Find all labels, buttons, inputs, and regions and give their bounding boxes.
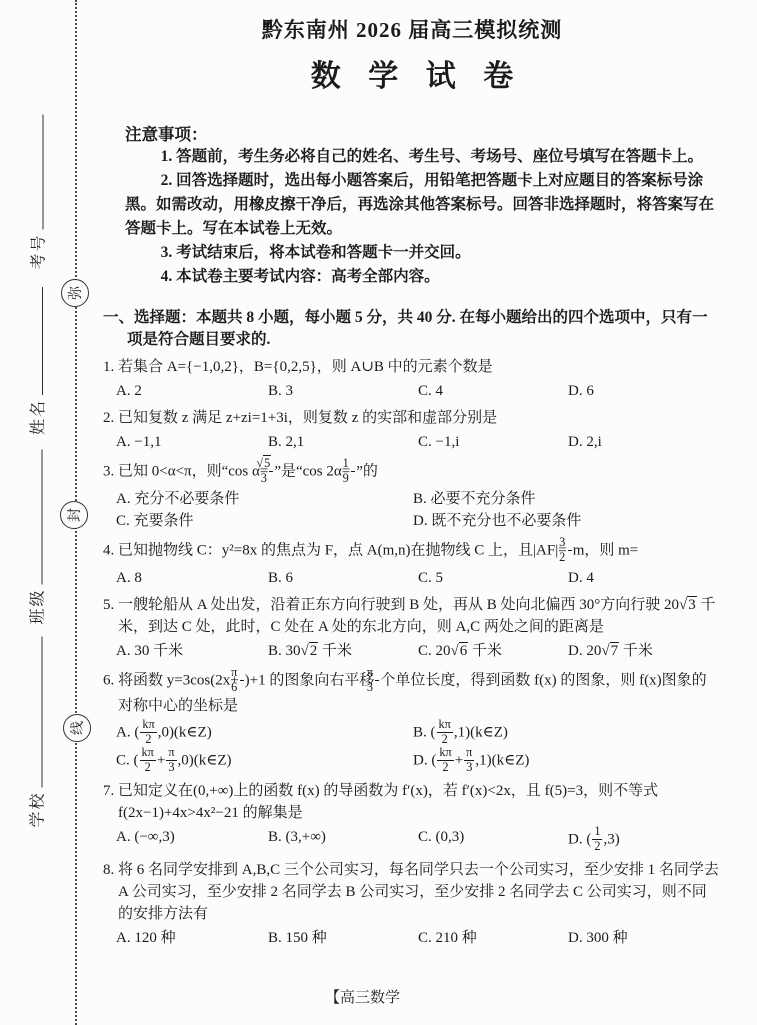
option-b: B. 6 <box>268 567 418 589</box>
option-b: B. 2,1 <box>268 431 418 453</box>
seal-char-xian: 线 <box>63 714 91 742</box>
option-a: A. −1,1 <box>116 431 268 453</box>
question-7-options: A. (−∞,3) B. (3,+∞) C. (0,3) D. (12,3) <box>103 826 721 854</box>
question-1-options: A. 2 B. 3 C. 4 D. 6 <box>103 380 721 402</box>
seal-char-mi: 弥 <box>61 279 89 307</box>
option-c: C. 210 种 <box>418 927 568 949</box>
option-c: C. −1,i <box>418 431 568 453</box>
question-7-stem: 7. 已知定义在(0,+∞)上的函数 f(x) 的导函数为 f′(x)，若 f′… <box>103 780 721 824</box>
page-footer: 【高三数学 <box>325 986 400 1007</box>
option-c: C. (kπ2+π3,0)(k∈Z) <box>116 747 413 775</box>
exam-paper-page: { "page": { "title_line1": "黔东南州 2026 届高… <box>0 0 757 1025</box>
option-d: D. 6 <box>568 380 721 402</box>
option-b: B. 3 <box>268 380 418 402</box>
question-7: 7. 已知定义在(0,+∞)上的函数 f(x) 的导函数为 f′(x)，若 f′… <box>103 780 721 854</box>
question-5-options: A. 30 千米 B. 30√2 千米 C. 20√6 千米 D. 20√7 千… <box>103 640 721 662</box>
option-b: B. (kπ2,1)(k∈Z) <box>413 719 721 747</box>
question-8: 8. 将 6 名同学安排到 A,B,C 三个公司实习，每名同学只去一个公司实习，… <box>103 859 721 949</box>
sidebar-field-school: 学校 <box>22 637 50 828</box>
class-label: 班级 <box>24 588 47 624</box>
option-b: B. (3,+∞) <box>268 826 418 854</box>
section-heading: 一、选择题：本题共 8 小题，每小题 5 分，共 40 分. 在每小题给出的四个… <box>103 307 721 351</box>
exam-title: 黔东南州 2026 届高三模拟统测 <box>103 14 721 44</box>
subject-title: 数 学 试 卷 <box>103 51 721 95</box>
question-6-stem: 6. 将函数 y=3cos(2x+π6)+1 的图象向右平移π3个单位长度，得到… <box>103 667 721 717</box>
option-a: A. 2 <box>116 380 268 402</box>
question-2-options: A. −1,1 B. 2,1 C. −1,i D. 2,i <box>103 431 721 453</box>
question-6: 6. 将函数 y=3cos(2x+π6)+1 的图象向右平移π3个单位长度，得到… <box>103 667 721 775</box>
question-1: 1. 若集合 A={−1,0,2}，B={0,2,5}，则 A∪B 中的元素个数… <box>103 356 721 402</box>
option-d: D. 300 种 <box>568 927 721 949</box>
seal-char-feng: 封 <box>60 501 88 529</box>
option-b: B. 必要不充分条件 <box>413 488 721 510</box>
option-b: B. 30√2 千米 <box>268 640 418 662</box>
sidebar-field-exam-number: 考号 <box>23 115 51 270</box>
question-3-stem: 3. 已知 0<α<π，则“cos α=√53”是“cos 2α=19”的 <box>103 458 721 486</box>
option-d: D. 2,i <box>568 431 721 453</box>
option-c: C. 5 <box>418 567 568 589</box>
question-6-options: A. (kπ2,0)(k∈Z) B. (kπ2,1)(k∈Z) C. (kπ2+… <box>103 719 721 775</box>
question-5: 5. 一艘轮船从 A 处出发，沿着正东方向行驶到 B 处，再从 B 处向北偏西 … <box>103 594 721 662</box>
option-c: C. (0,3) <box>418 826 568 854</box>
notice-heading: 注意事项： <box>103 121 721 145</box>
exam-number-label: 考号 <box>25 233 48 269</box>
option-a: A. 120 种 <box>116 927 268 949</box>
sidebar-field-class: 班级 <box>22 450 50 625</box>
notice-item-4: 4. 本试卷主要考试内容：高考全部内容。 <box>103 265 721 289</box>
seal-char-text: 封 <box>64 508 84 522</box>
paper-content: 黔东南州 2026 届高三模拟统测 数 学 试 卷 注意事项： 1. 答题前，考… <box>103 10 721 949</box>
question-3: 3. 已知 0<α<π，则“cos α=√53”是“cos 2α=19”的 A.… <box>103 458 721 532</box>
fill-in-line <box>42 287 43 395</box>
seal-char-text: 弥 <box>65 286 85 300</box>
option-d: D. (kπ2+π3,1)(k∈Z) <box>413 747 721 775</box>
notice-item-1: 1. 答题前，考生务必将自己的姓名、考生号、考场号、座位号填写在答题卡上。 <box>103 145 721 169</box>
question-4: 4. 已知抛物线 C：y²=8x 的焦点为 F，点 A(m,n)在抛物线 C 上… <box>103 537 721 589</box>
fill-in-line <box>42 450 43 585</box>
question-4-options: A. 8 B. 6 C. 5 D. 4 <box>103 567 721 589</box>
fill-in-line <box>43 115 44 230</box>
question-3-options: A. 充分不必要条件 B. 必要不充分条件 C. 充要条件 D. 既不充分也不必… <box>103 488 721 532</box>
question-5-stem: 5. 一艘轮船从 A 处出发，沿着正东方向行驶到 B 处，再从 B 处向北偏西 … <box>103 594 721 638</box>
option-c: C. 20√6 千米 <box>418 640 568 662</box>
notice-section: 注意事项： 1. 答题前，考生务必将自己的姓名、考生号、考场号、座位号填写在答题… <box>103 121 721 289</box>
question-8-options: A. 120 种 B. 150 种 C. 210 种 D. 300 种 <box>103 927 721 949</box>
option-a: A. 充分不必要条件 <box>116 488 413 510</box>
question-2: 2. 已知复数 z 满足 z+zi=1+3i，则复数 z 的实部和虚部分别是 A… <box>103 407 721 453</box>
option-d: D. 20√7 千米 <box>568 640 721 662</box>
name-label: 姓名 <box>25 399 48 435</box>
question-2-stem: 2. 已知复数 z 满足 z+zi=1+3i，则复数 z 的实部和虚部分别是 <box>103 407 721 429</box>
question-4-stem: 4. 已知抛物线 C：y²=8x 的焦点为 F，点 A(m,n)在抛物线 C 上… <box>103 537 721 565</box>
question-8-stem: 8. 将 6 名同学安排到 A,B,C 三个公司实习，每名同学只去一个公司实习，… <box>103 859 721 925</box>
option-d: D. (12,3) <box>568 826 721 854</box>
notice-item-2: 2. 回答选择题时，选出每小题答案后，用铅笔把答题卡上对应题目的答案标号涂黑。如… <box>103 169 721 241</box>
option-d: D. 4 <box>568 567 721 589</box>
seal-char-text: 线 <box>67 721 87 735</box>
notice-item-3: 3. 考试结束后，将本试卷和答题卡一并交回。 <box>103 241 721 265</box>
option-b: B. 150 种 <box>268 927 418 949</box>
school-label: 学校 <box>24 791 47 827</box>
option-c: C. 充要条件 <box>116 510 413 532</box>
option-c: C. 4 <box>418 380 568 402</box>
option-a: A. 30 千米 <box>116 640 268 662</box>
option-a: A. (kπ2,0)(k∈Z) <box>116 719 413 747</box>
option-a: A. 8 <box>116 567 268 589</box>
option-d: D. 既不充分也不必要条件 <box>413 510 721 532</box>
option-a: A. (−∞,3) <box>116 826 268 854</box>
sidebar-field-name: 姓名 <box>22 287 50 435</box>
question-1-stem: 1. 若集合 A={−1,0,2}，B={0,2,5}，则 A∪B 中的元素个数… <box>103 356 721 378</box>
fill-in-line <box>42 637 43 788</box>
